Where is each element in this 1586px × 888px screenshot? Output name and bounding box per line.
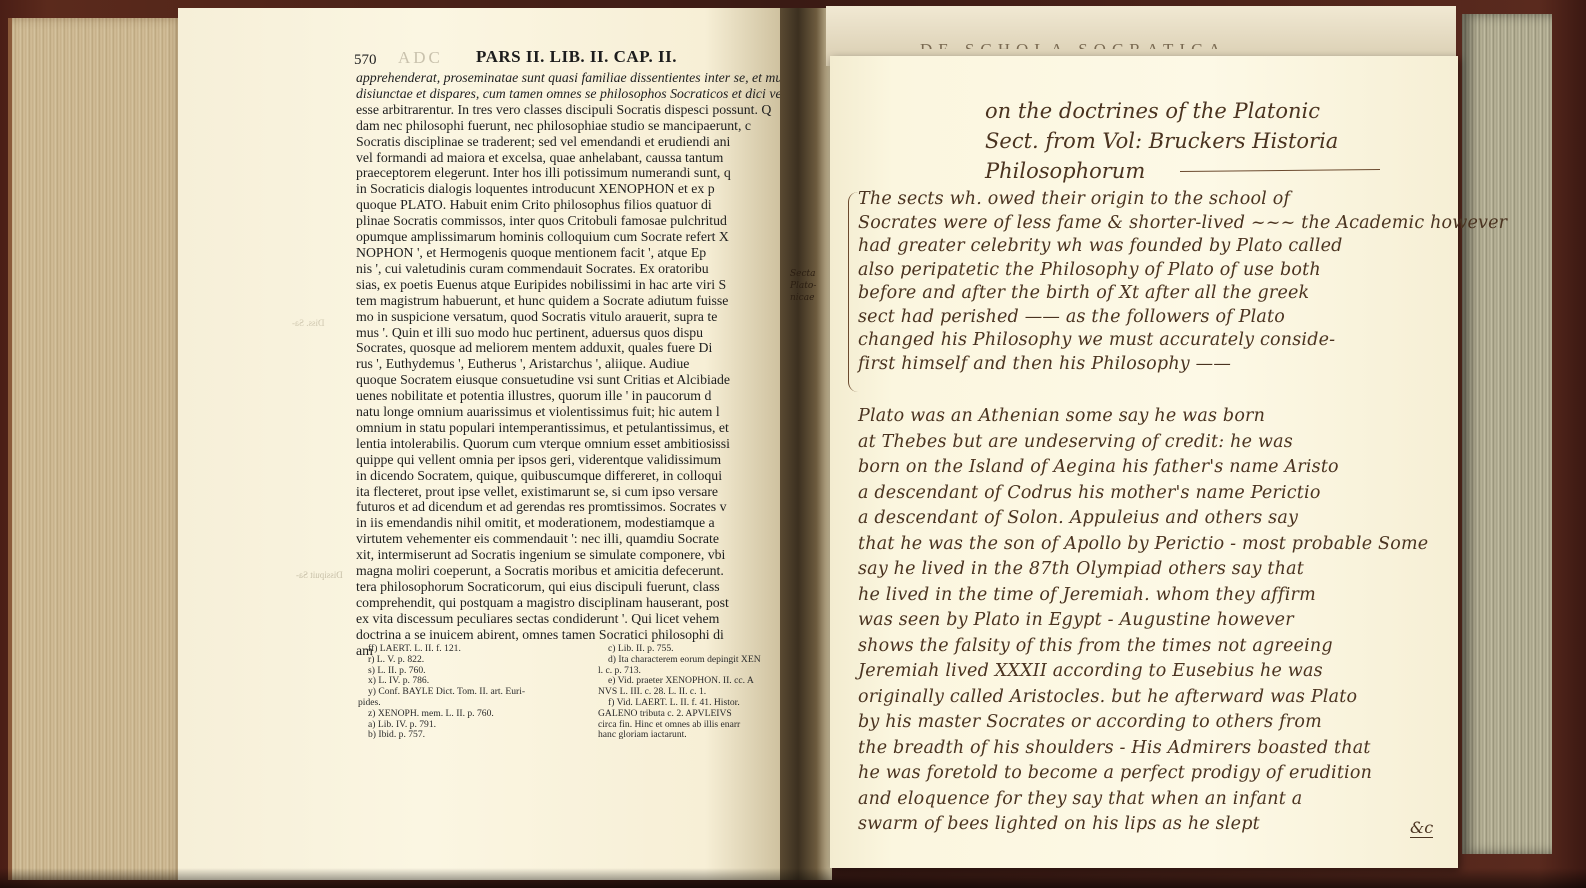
body-text-line: rus ', Euthydemus ', Eutherus ', Aristar… <box>356 356 796 372</box>
body-text-line: quippe qui vellent omnia per ipsos geri,… <box>356 452 796 468</box>
body-text-line: doctrina a se inuicem abirent, omnes tam… <box>356 627 796 643</box>
manuscript-line: and eloquence for they say that when an … <box>858 787 1428 813</box>
body-text-line: lentia intolerabilis. Quorum cum vterque… <box>356 436 796 452</box>
body-text-line: virtutem vehementer eis commendauit ': n… <box>356 531 796 547</box>
manuscript-paragraph-1: The sects wh. owed their origin to the s… <box>858 188 1507 376</box>
manuscript-line: The sects wh. owed their origin to the s… <box>858 188 1507 212</box>
body-text-line: futuros et ad dicendum et ad gerendas re… <box>356 499 796 515</box>
body-text-line: esse arbitrarentur. In tres vero classes… <box>356 102 796 118</box>
body-text-line: comprehendit, qui postquam a magistro di… <box>356 595 796 611</box>
body-text-line: apprehenderat, proseminatae sunt quasi f… <box>356 70 796 86</box>
manuscript-line: a descendant of Solon. Appuleius and oth… <box>858 506 1428 532</box>
body-text-line: in Socraticis dialogis loquentes introdu… <box>356 181 796 197</box>
body-text-line: opumque amplissimarum hominis colloquium… <box>356 229 796 245</box>
body-text-line: quoque PLATO. Habuit enim Crito philosop… <box>356 197 796 213</box>
body-text-line: omnium in statu populari intemperantissi… <box>356 420 796 436</box>
footnotes: ff) LAERT. L. II. f. 121.r) L. V. p. 822… <box>358 644 798 740</box>
manuscript-line: was seen by Plato in Egypt - Augustine h… <box>858 608 1428 634</box>
manuscript-line: Jeremiah lived XXXII according to Eusebi… <box>858 659 1428 685</box>
manuscript-line: first himself and then his Philosophy —— <box>858 353 1507 377</box>
body-text-line: tem magistrum habuerunt, et hunc quidem … <box>356 293 796 309</box>
manuscript-paragraph-2: Plato was an Athenian some say he was bo… <box>858 404 1428 838</box>
manuscript-line: sect had perished —— as the followers of… <box>858 306 1507 330</box>
body-text-line: mo in suspicione versatum, quod Socratis… <box>356 309 796 325</box>
manuscript-line: by his master Socrates or according to o… <box>858 710 1428 736</box>
footnote-line: GALENO tributa c. 2. APVLEIVS <box>598 709 798 720</box>
manuscript-line: say he lived in the 87th Olympiad others… <box>858 557 1428 583</box>
manuscript-line: changed his Philosophy we must accuratel… <box>858 329 1507 353</box>
body-text-line: praeceptorem elegerunt. Inter hos illi p… <box>356 165 796 181</box>
body-text-line: ita flecteret, prout ipse vellet, existi… <box>356 484 796 500</box>
etcetera-mark: &c <box>1410 818 1433 838</box>
body-text-line: plinae Socratis commissos, inter quos Cr… <box>356 213 796 229</box>
body-text-line: sias, ex poetis Euenus atque Euripides n… <box>356 277 796 293</box>
manuscript-line: Socrates were of less fame & shorter-liv… <box>858 212 1507 236</box>
manuscript-line: before and after the birth of Xt after a… <box>858 282 1507 306</box>
manuscript-line: at Thebes but are undeserving of credit:… <box>858 430 1428 456</box>
body-text-line: ex vita discessum peculiares sectas cond… <box>356 611 796 627</box>
right-page-edges <box>1462 14 1552 854</box>
manuscript-line: he was foretold to become a perfect prod… <box>858 761 1428 787</box>
body-text-line: dam nec philosophi fuerunt, nec philosop… <box>356 118 796 134</box>
footnote-line: d) Ita characterem eorum depingit XEN <box>598 655 798 666</box>
body-text-line: tera philosophorum Socraticorum, qui eiu… <box>356 579 796 595</box>
footnote-line: z) XENOPH. mem. L. II. p. 760. <box>358 709 573 720</box>
page-number: 570 <box>354 52 377 69</box>
book-gutter <box>780 8 832 880</box>
footnote-line: b) Ibid. p. 757. <box>358 730 573 740</box>
body-text-line: in iis emendandis nihil omitit, et moder… <box>356 515 796 531</box>
manuscript-line: had greater celebrity wh was founded by … <box>858 235 1507 259</box>
body-text-line: disiunctae et dispares, cum tamen omnes … <box>356 86 796 102</box>
body-text-line: magna moliri coeperunt, a Socratis morib… <box>356 563 796 579</box>
left-page-edges <box>8 18 184 880</box>
manuscript-line: he lived in the time of Jeremiah. whom t… <box>858 583 1428 609</box>
printed-body-text: apprehenderat, proseminatae sunt quasi f… <box>356 70 796 655</box>
body-text-line: Socratis disciplinae se traderent; sed v… <box>356 134 796 150</box>
body-text-line: natu longe omnium auarissimus et violent… <box>356 404 796 420</box>
manuscript-line: swarm of bees lighted on his lips as he … <box>858 812 1428 838</box>
manuscript-line: that he was the son of Apollo by Pericti… <box>858 532 1428 558</box>
body-text-line: nis ', cui valetudinis curam commendauit… <box>356 261 796 277</box>
body-text-line: quoque Socratem eiusque consuetudine vsi… <box>356 372 796 388</box>
body-text-line: vel formandi ad maiora et excelsa, quae … <box>356 150 796 166</box>
manuscript-line: also peripatetic the Philosophy of Plato… <box>858 259 1507 283</box>
body-text-line: NOPHON ', et Hermogenis quoque mentionem… <box>356 245 796 261</box>
bottom-shadow <box>0 868 1586 888</box>
manuscript-line: born on the Island of Aegina his father'… <box>858 455 1428 481</box>
manuscript-line: originally called Aristocles. but he aft… <box>858 685 1428 711</box>
manuscript-line: the breadth of his shoulders - His Admir… <box>858 736 1428 762</box>
body-text-line: mus '. Quin et illi suo modo huc pertine… <box>356 325 796 341</box>
running-head-show-through: ADC <box>398 48 443 68</box>
footnote-line: hanc gloriam iactarunt. <box>598 730 798 740</box>
margin-note: Secta Plato- nicae <box>790 268 850 304</box>
manuscript-line: shows the falsity of this from the times… <box>858 634 1428 660</box>
manuscript-title: on the doctrines of the Platonic Sect. f… <box>985 96 1338 186</box>
manuscript-line: Plato was an Athenian some say he was bo… <box>858 404 1428 430</box>
show-through-text: Diss. Sa- <box>292 318 325 328</box>
footnote-line: y) Conf. BAYLE Dict. Tom. II. art. Euri- <box>358 687 573 698</box>
body-text-line: in dicendo Socratem, quique, quibuscumqu… <box>356 468 796 484</box>
body-text-line: xit, intermiserunt ad Socratis ingenium … <box>356 547 796 563</box>
footnotes-left-column: ff) LAERT. L. II. f. 121.r) L. V. p. 822… <box>358 644 573 740</box>
running-head: PARS II. LIB. II. CAP. II. <box>476 47 677 67</box>
body-text-line: Socrates, quosque ad meliorem mentem add… <box>356 340 796 356</box>
footnotes-right-column: c) Lib. II. p. 755.d) Ita characterem eo… <box>598 644 798 740</box>
footnote-line: r) L. V. p. 822. <box>358 655 573 666</box>
body-text-line: uenes nobilitate et potentia illustres, … <box>356 388 796 404</box>
manuscript-line: a descendant of Codrus his mother's name… <box>858 481 1428 507</box>
show-through-text: Dissipuit Sa- <box>296 570 343 580</box>
